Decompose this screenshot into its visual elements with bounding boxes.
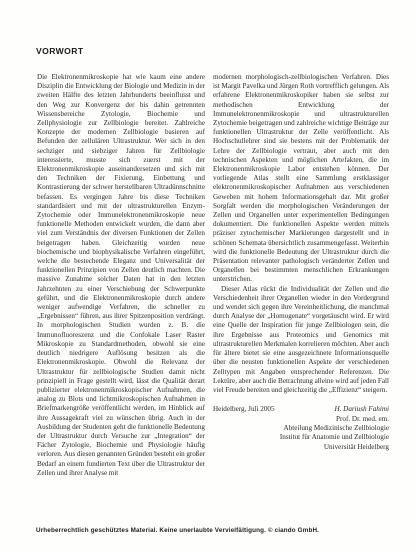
left-text-column: Die Elektronenmikroskopie hat wie kaum e…	[37, 73, 205, 478]
foreword-paragraph-right-continued: modernen morphologisch-zellbiologischen …	[213, 73, 389, 285]
signature-row: Heidelberg, Juli 2005 H. Dariush Fahimi	[213, 405, 389, 414]
signature-titles: Prof. Dr. med. em. Abteilung Medizinisch…	[213, 415, 389, 453]
text-columns: Die Elektronenmikroskopie hat wie kaum e…	[37, 73, 389, 478]
signature-title-line: Institut für Anatomie und Zellbiologie	[213, 433, 389, 442]
signature-title-line: Prof. Dr. med. em.	[213, 415, 389, 424]
page-title: VORWORT	[36, 46, 84, 56]
foreword-paragraph-left: Die Elektronenmikroskopie hat wie kaum e…	[37, 73, 205, 478]
signature-name: H. Dariush Fahimi	[334, 405, 389, 414]
signature-place-date: Heidelberg, Juli 2005	[213, 405, 275, 414]
copyright-footer: Urheberrechtlich geschütztes Material. K…	[36, 527, 319, 534]
foreword-paragraph-2: Dieser Atlas rückt die Individualität de…	[213, 285, 389, 395]
signature-title-line: Universität Heidelberg	[213, 443, 389, 452]
signature-block: Heidelberg, Juli 2005 H. Dariush Fahimi …	[213, 405, 389, 452]
signature-title-line: Abteilung Medizinische Zellbiologie	[213, 424, 389, 433]
book-page: VORWORT Die Elektronenmikroskopie hat wi…	[0, 0, 417, 550]
right-text-column: modernen morphologisch-zellbiologischen …	[213, 73, 389, 478]
